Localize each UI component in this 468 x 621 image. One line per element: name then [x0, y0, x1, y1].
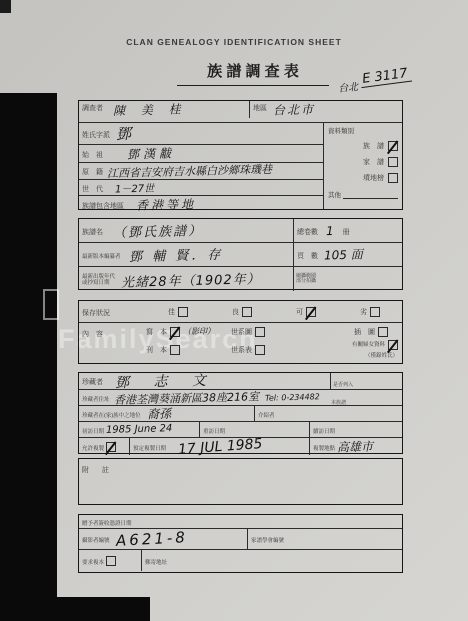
introducer-cell: 介紹者 — [254, 406, 402, 421]
section-admin: 贈予者簽收憑證日期 攝影者編號 A621-8 家譜學會編號 要求複本 郵寄地址 — [78, 514, 403, 573]
condition-option: 佳 — [168, 307, 188, 317]
option-label: 世系圖 — [231, 327, 252, 337]
checkbox — [106, 442, 116, 452]
mailing-cell: 郵寄地址 — [141, 550, 402, 571]
option-label: 家 譜 — [363, 157, 384, 167]
section-clan-info: 調查者 陳 美 桂 地區 台北市 姓氏字派 鄧 始 祖 鄧漢黻 原 籍 — [78, 100, 403, 210]
film-border-left — [0, 93, 57, 621]
copy-place-label: 複製地點 — [310, 442, 337, 452]
owner-position-row: 珍藏者在(家)族中之地位 裔孫 介紹者 — [79, 406, 402, 422]
pages-value: 105 面 — [324, 245, 363, 263]
option-label: 插 圖 — [354, 327, 375, 337]
blank-line — [343, 190, 398, 199]
category-box: 資料類別 族 譜 家 譜 墳地榜 其他 — [324, 123, 402, 209]
photographer-number: A621-8 — [115, 528, 188, 550]
compiler-value: 鄧 輔 賢．存 — [128, 244, 223, 265]
content-label: 內 容 — [79, 323, 146, 339]
address-value: 香港荃灣葵涌新區38座216室 — [113, 388, 258, 408]
volumes-value: 1 — [326, 223, 334, 237]
field-label: 族譜包含地區 — [79, 199, 126, 211]
field-row: 原 籍 江西省吉安府吉水縣白沙鄉珠璣巷 — [79, 163, 323, 180]
checkbox — [306, 307, 316, 317]
pages-cell: 頁 數 105 面 — [293, 243, 402, 266]
field-row: 姓氏字派 鄧 — [79, 123, 323, 145]
category-option: 家 譜 — [328, 157, 398, 167]
content-option: 世系圖 — [231, 326, 311, 337]
field-row: 族譜包含地區 香港等地 — [79, 196, 323, 213]
compiler-row: 最新版本編纂者 鄧 輔 賢．存 頁 數 105 面 — [79, 243, 402, 267]
pages-label: 頁 數 — [294, 249, 320, 261]
category-option: 墳地榜 — [328, 173, 398, 183]
film-border-bottom — [0, 597, 150, 621]
content-options: 寫 本 （影印） 世系圖 插 圖 刊 本 世系表 — [146, 323, 402, 359]
checkbox — [370, 307, 380, 317]
option-label: 刊 本 — [146, 345, 167, 355]
notes-label: 附 註 — [79, 465, 114, 474]
position-value: 裔孫 — [146, 405, 170, 423]
copy-date-value: 17 JUL 1985 — [178, 436, 263, 458]
book-name-label: 族譜名 — [79, 225, 105, 237]
content-option: 世系表 — [231, 340, 311, 359]
mailing-label: 郵寄地址 — [142, 556, 169, 566]
content-option: 有關婦女資料 （僅錄姓氏） — [311, 340, 402, 359]
copy-date-label: 預定複製日期 — [130, 442, 168, 452]
checkbox — [170, 345, 180, 355]
checkbox — [255, 345, 265, 355]
archive-number: E 3117 — [359, 66, 412, 89]
clan-fields: 姓氏字派 鄧 始 祖 鄧漢黻 原 籍 江西省吉安府吉水縣白沙鄉珠璣巷 世 代 1… — [79, 123, 324, 209]
content-option: 寫 本 （影印） — [146, 326, 231, 337]
condition-label: 保存狀況 — [79, 306, 146, 318]
scope-cell: 縮攝範圍 部分拍攝 — [293, 267, 402, 291]
option-label: 世系表 — [231, 345, 252, 355]
archive-city: 台北 — [338, 82, 359, 95]
volumes-label: 總卷數 — [294, 225, 320, 237]
owner-name-row: 珍藏者 鄧 志 文 是否列入 本族譜 — [79, 373, 402, 390]
content-row: 內 容 寫 本 （影印） 世系圖 插 圖 刊 本 — [79, 323, 402, 363]
field-row: 世 代 1－27世 — [79, 180, 323, 196]
photographer-label: 攝影者編號 — [79, 534, 112, 544]
content-option: 刊 本 — [146, 340, 231, 359]
option-label: 寫 本 — [146, 327, 167, 337]
volumes-cell: 總卷數 1 冊 — [293, 219, 402, 242]
scanned-genealogy-form: FamilySearch CLAN GENEALOGY IDENTIFICATI… — [0, 0, 468, 621]
followup-label: 續訪日期 — [310, 425, 337, 435]
section-condition-content: 保存狀況 佳 良 可 劣 內 — [78, 300, 403, 364]
field-label: 始 祖 — [79, 148, 105, 160]
section-owner: 珍藏者 鄧 志 文 是否列入 本族譜 珍藏者住址 香港荃灣葵涌新區38座216室… — [78, 372, 403, 454]
society-cell: 家譜學會編號 — [247, 529, 402, 549]
revisit-cell: 重訪日期 — [199, 422, 309, 437]
category-other: 其他 — [328, 190, 398, 199]
checkbox — [388, 340, 398, 350]
field-row: 始 祖 鄧漢黻 — [79, 145, 323, 163]
category-option: 族 譜 — [328, 141, 398, 151]
owner-label: 珍藏者 — [79, 375, 105, 387]
volumes-unit: 冊 — [340, 225, 352, 237]
compiler-label: 最新版本編纂者 — [79, 250, 123, 260]
option-label: 有關婦女資料 — [352, 342, 385, 348]
section-book-info: 族譜名 （鄧氏族譜） 總卷數 1 冊 最新版本編纂者 鄧 輔 賢．存 頁 數 1… — [78, 218, 403, 290]
pubdate-value: 光緒28年（1902年） — [121, 268, 261, 291]
condition-options: 佳 良 可 劣 — [146, 307, 402, 317]
address-label: 珍藏者住址 — [79, 393, 112, 403]
field-value: 1－27世 — [115, 179, 154, 195]
visit-dates-row: 初訪日期 1985 June 24 重訪日期 續訪日期 — [79, 422, 402, 438]
option-note: （僅錄姓氏） — [311, 353, 398, 359]
field-label: 原 籍 — [79, 165, 105, 177]
condition-option: 良 — [232, 307, 252, 317]
book-name-row: 族譜名 （鄧氏族譜） 總卷數 1 冊 — [79, 219, 402, 243]
checkbox — [170, 327, 180, 337]
surveyor-value: 陳 美 桂 — [113, 100, 187, 119]
first-visit-label: 初訪日期 — [79, 425, 106, 435]
surveyor-row: 調查者 陳 美 桂 地區 台北市 — [79, 101, 402, 123]
pubdate-label-line2: 或抄寫日期 — [82, 280, 110, 286]
clan-detail-block: 姓氏字派 鄧 始 祖 鄧漢黻 原 籍 江西省吉安府吉水縣白沙鄉珠璣巷 世 代 1… — [79, 123, 402, 209]
introducer-label: 介紹者 — [255, 409, 277, 419]
condition-row: 保存狀況 佳 良 可 劣 — [79, 301, 402, 323]
film-frame-glyph — [43, 289, 59, 320]
checkbox — [178, 307, 188, 317]
field-value: 江西省吉安府吉水縣白沙鄉珠璣巷 — [107, 161, 272, 181]
checkbox — [106, 556, 116, 566]
owner-address-row: 珍藏者住址 香港荃灣葵涌新區38座216室 Tel: 0-234482 — [79, 390, 402, 406]
section-notes: 附 註 — [78, 458, 403, 505]
region-cell: 地區 台北市 — [249, 101, 402, 118]
condition-option: 可 — [296, 307, 316, 317]
copy-date-cell: 預定複製日期 17 JUL 1985 — [129, 438, 309, 455]
copy-request-label: 要求複本 — [79, 556, 106, 566]
first-visit-cell: 初訪日期 1985 June 24 — [79, 422, 199, 437]
form-title: 族 譜 調 查 表 — [177, 60, 329, 86]
field-label: 姓氏字派 — [79, 128, 112, 140]
surveyor-label: 調查者 — [79, 101, 105, 113]
category-title: 資料類別 — [328, 126, 398, 135]
society-label: 家譜學會編號 — [248, 534, 286, 544]
photographer-row: 攝影者編號 A621-8 家譜學會編號 — [79, 529, 402, 550]
handwritten-archive-code: 台北 E 3117 — [337, 72, 413, 97]
scope-label: 縮攝範圍 部分拍攝 — [294, 273, 318, 286]
copy-permit-label: 允許複製 — [79, 442, 106, 452]
other-label: 其他 — [328, 190, 341, 199]
field-value: 鄧漢黻 — [127, 144, 175, 162]
copy-permit-cell: 允許複製 — [79, 438, 129, 455]
content-option: 插 圖 — [311, 326, 402, 337]
receipt-label: 贈予者簽收憑證日期 — [79, 517, 134, 527]
first-visit-value: 1985 June 24 — [106, 423, 173, 436]
option-label: 可 — [296, 307, 303, 317]
position-label: 珍藏者在(家)族中之地位 — [79, 409, 143, 419]
option-label: 族 譜 — [363, 141, 384, 151]
pubdate-cell: 最新出版年代 或抄寫日期 光緒28年（1902年） — [79, 267, 293, 291]
phone-value: Tel: 0-234482 — [264, 392, 319, 402]
copy-request-row: 要求複本 郵寄地址 — [79, 550, 402, 571]
field-value: 香港等地 — [136, 195, 196, 214]
checkbox — [388, 141, 398, 151]
checkbox — [255, 327, 265, 337]
region-label: 地區 — [250, 101, 269, 113]
book-name-cell: 族譜名 （鄧氏族譜） — [79, 219, 293, 242]
position-cell: 珍藏者在(家)族中之地位 裔孫 — [79, 406, 254, 421]
book-name-value: （鄧氏族譜） — [113, 220, 203, 241]
photographer-cell: 攝影者編號 A621-8 — [79, 529, 247, 549]
english-header: CLAN GENEALOGY IDENTIFICATION SHEET — [0, 37, 468, 47]
checkbox — [242, 307, 252, 317]
option-label: 劣 — [360, 307, 367, 317]
option-label: 良 — [232, 307, 239, 317]
pubdate-label: 最新出版年代 或抄寫日期 — [79, 273, 117, 286]
copy-place-cell: 複製地點 高雄市 — [309, 438, 402, 455]
listed-label-line1: 是否列入 — [333, 382, 353, 388]
field-value: 鄧 — [116, 123, 132, 144]
revisit-label: 重訪日期 — [200, 425, 227, 435]
field-label: 世 代 — [79, 182, 105, 194]
option-note: （影印） — [183, 326, 215, 338]
followup-cell: 續訪日期 — [309, 422, 402, 437]
copy-row: 允許複製 預定複製日期 17 JUL 1985 複製地點 高雄市 — [79, 438, 402, 455]
checkbox — [378, 327, 388, 337]
copy-request-cell: 要求複本 — [79, 550, 141, 571]
film-corner-mark — [0, 0, 11, 13]
option-label: 佳 — [168, 307, 175, 317]
option-label: 墳地榜 — [363, 173, 384, 183]
pubdate-row: 最新出版年代 或抄寫日期 光緒28年（1902年） 縮攝範圍 部分拍攝 — [79, 267, 402, 291]
receipt-row: 贈予者簽收憑證日期 — [79, 515, 402, 529]
checkbox — [388, 157, 398, 167]
checkbox — [388, 173, 398, 183]
copy-place-value: 高雄市 — [337, 438, 373, 456]
owner-listed-cell: 是否列入 本族譜 — [330, 373, 402, 389]
owner-name-cell: 珍藏者 鄧 志 文 — [79, 373, 330, 389]
compiler-cell: 最新版本編纂者 鄧 輔 賢．存 — [79, 243, 293, 266]
surveyor-cell: 調查者 陳 美 桂 — [79, 101, 249, 118]
region-value: 台北市 — [273, 100, 315, 118]
condition-option: 劣 — [360, 307, 380, 317]
scope-label-line2: 部分拍攝 — [296, 278, 316, 284]
